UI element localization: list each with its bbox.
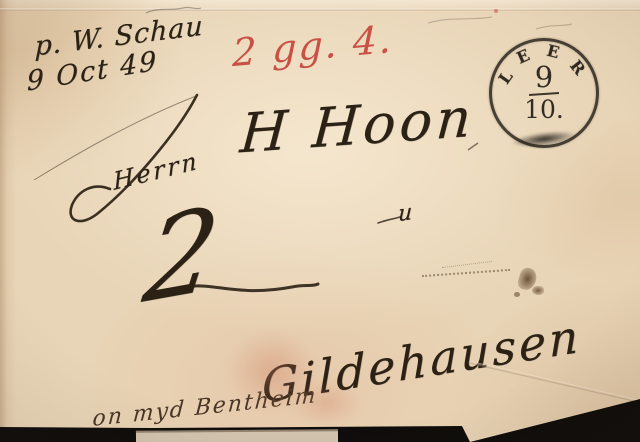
postmark-month: 10. xyxy=(522,97,566,122)
squiggle-dash xyxy=(378,217,400,223)
paper-sheet: p. W. Schau 9 Oct 49 2 gg. 4. L E E R 9 … xyxy=(0,0,640,442)
ink-squiggle-mark: u xyxy=(398,200,413,227)
routing-note: on myd Bentheim xyxy=(92,383,319,432)
large-rate-numeral: 2 xyxy=(138,192,225,321)
rate-marking-red: 2 gg. 4. xyxy=(232,17,393,75)
postmark-day: 9 xyxy=(522,62,566,92)
fold-crease-top xyxy=(0,8,640,11)
postmark: L E E R 9 10. xyxy=(489,38,599,148)
ink-blot xyxy=(514,292,520,297)
ink-blot xyxy=(532,286,544,295)
postmark-date: 9 10. xyxy=(522,62,566,122)
pencil-scribble xyxy=(536,24,572,29)
pencil-scribble xyxy=(428,17,492,23)
addressee-name: H Hoon xyxy=(238,86,477,166)
diagonal-crease xyxy=(470,361,640,410)
speckle-trail xyxy=(442,261,492,268)
bottom-fold-strip xyxy=(136,429,338,442)
speckle-trail xyxy=(422,269,510,277)
letter-photo: p. W. Schau 9 Oct 49 2 gg. 4. L E E R 9 … xyxy=(0,0,640,442)
ink-blot xyxy=(516,266,538,292)
